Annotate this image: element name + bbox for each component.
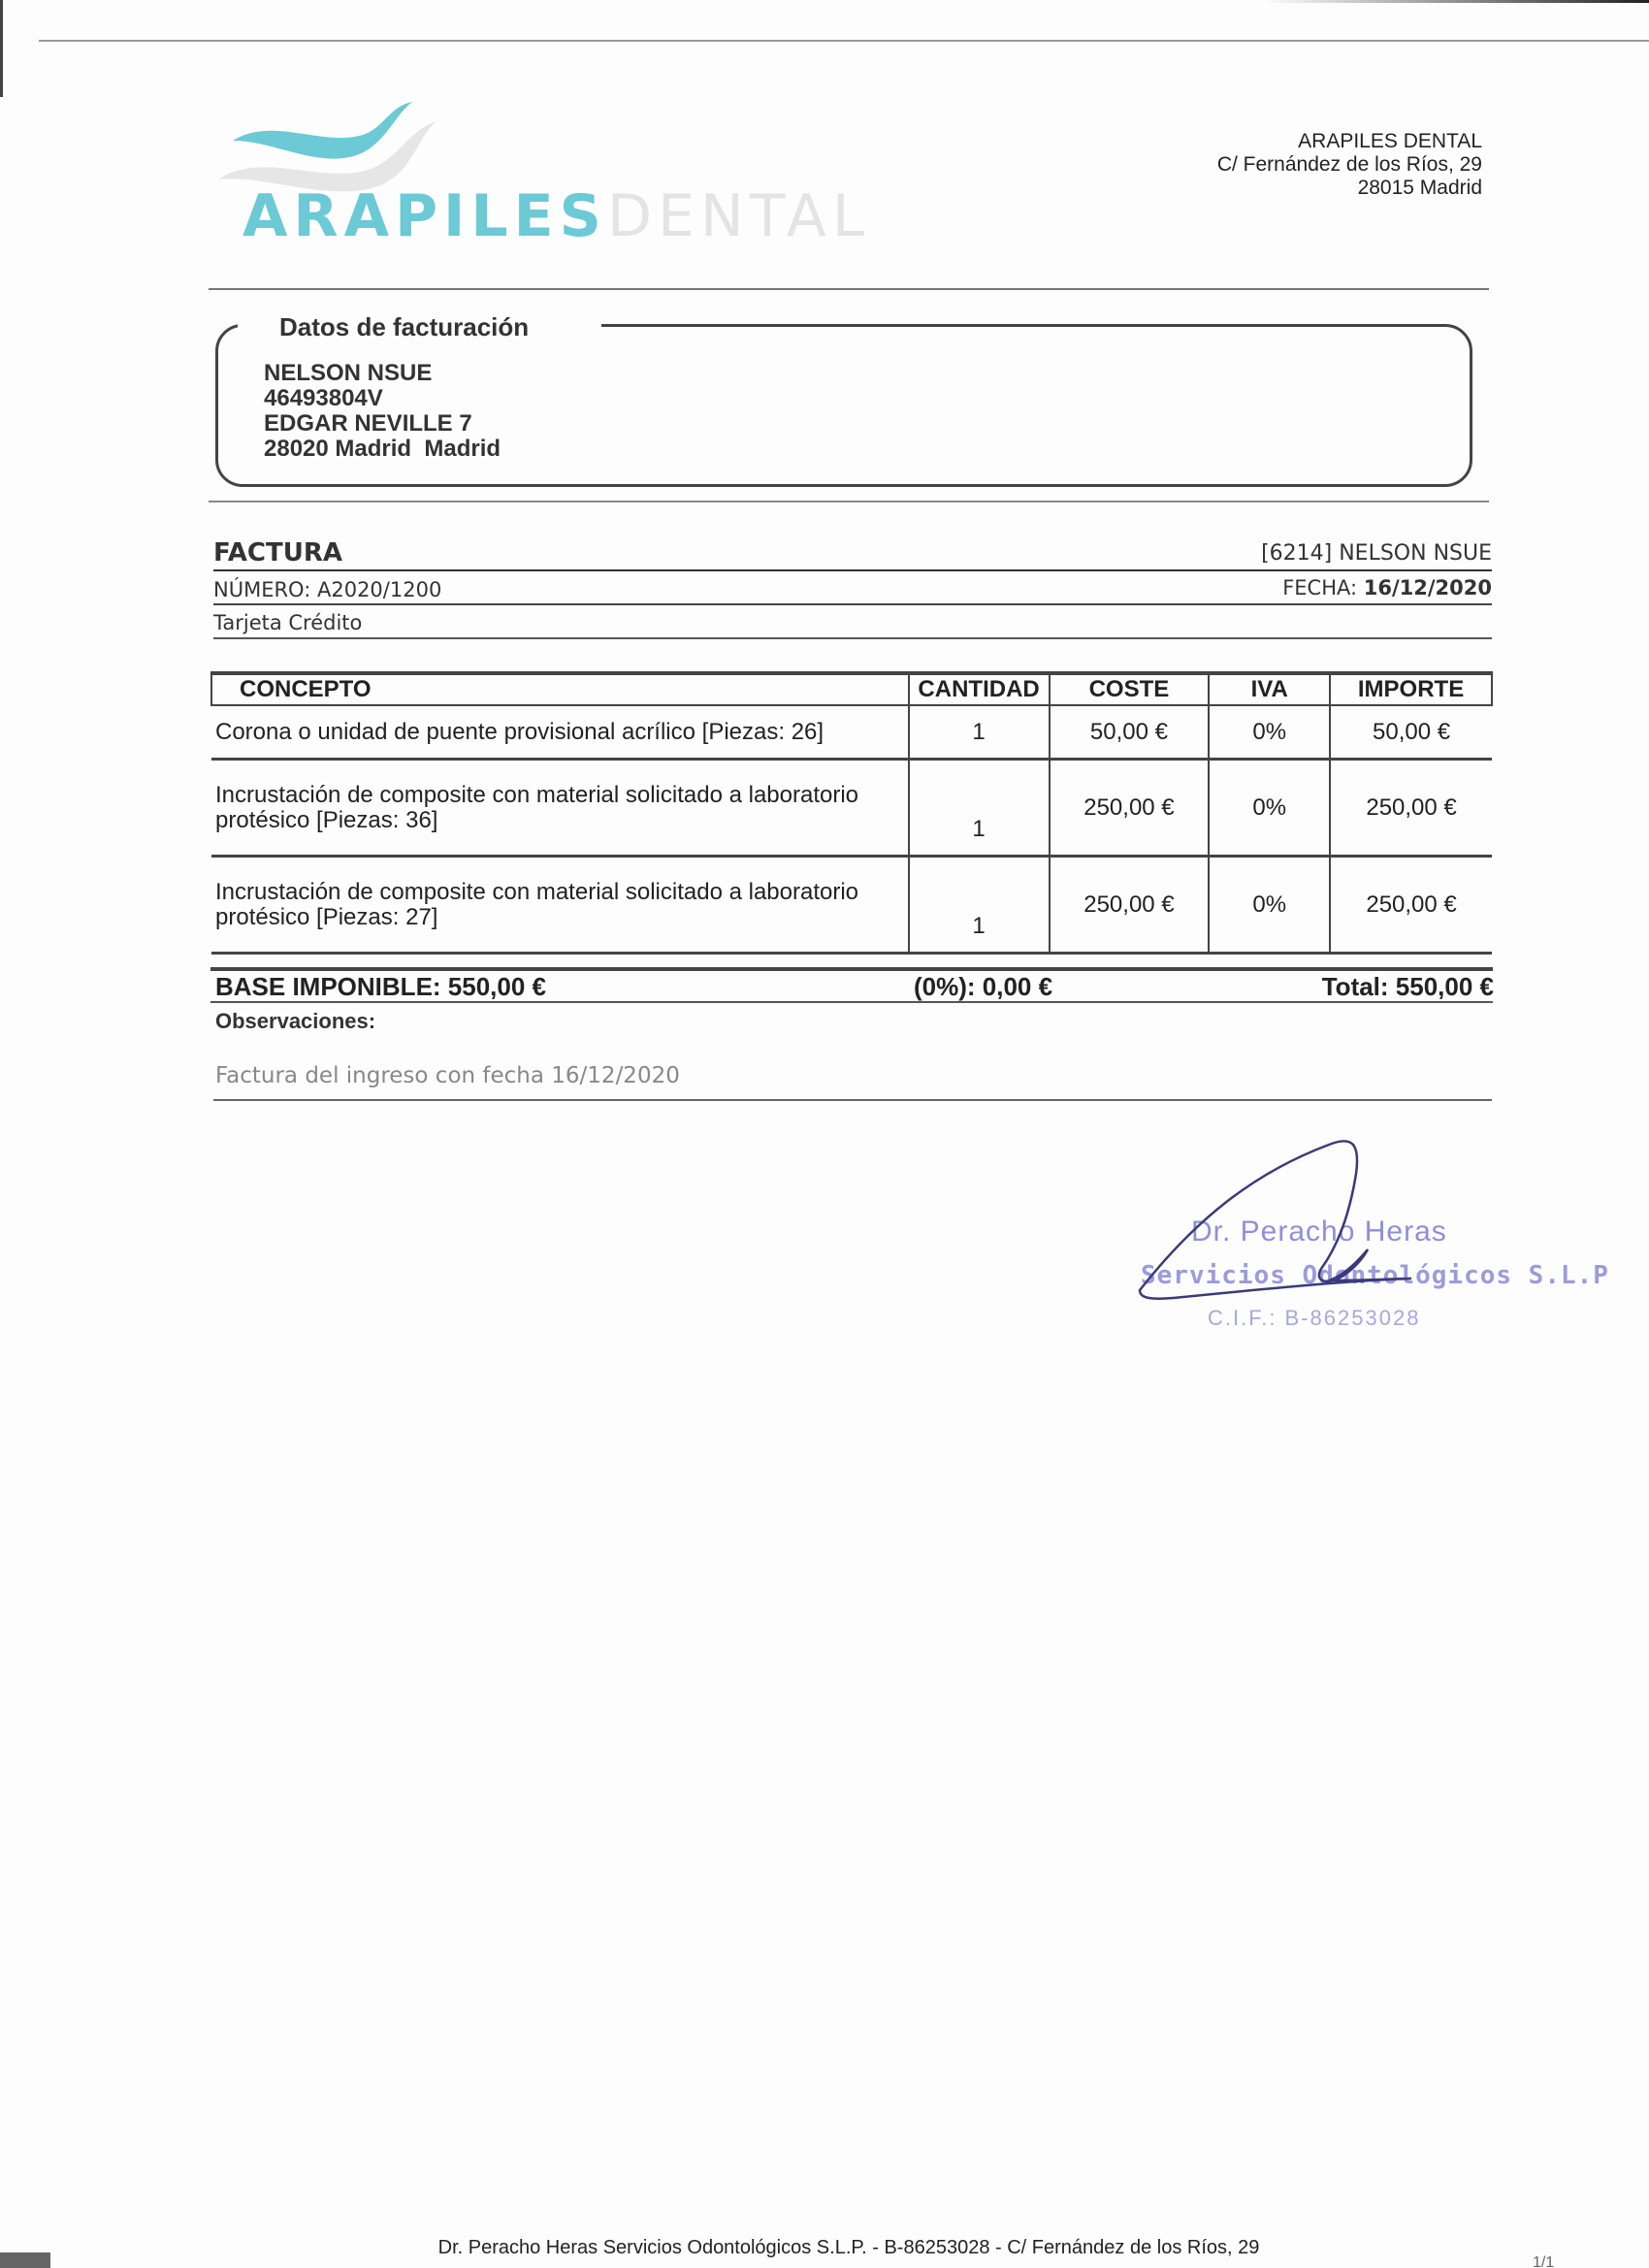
invoice-date: FECHA: 16/12/2020	[1282, 576, 1492, 599]
company-street: C/ Fernández de los Ríos, 29	[1217, 153, 1482, 177]
divider	[213, 603, 1492, 605]
invoice-number-label: NÚMERO:	[213, 578, 310, 601]
col-header-amount: IMPORTE	[1330, 673, 1492, 705]
cell-quantity: 1	[909, 857, 1050, 954]
billing-title: Datos de facturación	[279, 312, 529, 342]
divider	[213, 637, 1492, 639]
billing-tax-id: 46493804V	[264, 386, 501, 411]
billing-address: EDGAR NEVILLE 7	[264, 411, 501, 437]
cell-amount: 250,00 €	[1330, 857, 1492, 954]
company-city: 28015 Madrid	[1217, 177, 1482, 200]
cell-vat: 0%	[1209, 705, 1330, 760]
cell-vat: 0%	[1209, 760, 1330, 857]
line-items-table: CONCEPTO CANTIDAD COSTE IVA IMPORTE Coro…	[210, 671, 1493, 955]
page-number: 1/1	[1533, 2254, 1554, 2268]
company-address: ARAPILES DENTAL C/ Fernández de los Ríos…	[1217, 130, 1482, 200]
vat-total: (0%): 0,00 €	[914, 972, 1052, 1002]
invoice-number: NÚMERO: A2020/1200	[213, 578, 441, 601]
cell-cost: 250,00 €	[1050, 760, 1210, 857]
logo-text-secondary: DENTAL	[607, 182, 870, 250]
taxable-base: BASE IMPONIBLE: 550,00 €	[215, 972, 546, 1002]
totals-summary: BASE IMPONIBLE: 550,00 € (0%): 0,00 € To…	[215, 970, 1494, 1001]
logo-text-primary: ARAPILES	[242, 182, 607, 250]
col-header-cost: COSTE	[1050, 673, 1210, 705]
billing-name: NELSON NSUE	[264, 361, 501, 386]
invoice-title: FACTURA	[213, 538, 342, 567]
summary-bottom-rule	[210, 1001, 1493, 1003]
invoice-date-value: 16/12/2020	[1364, 576, 1492, 599]
cell-concept: Incrustación de composite con material s…	[211, 857, 909, 954]
observations-label: Observaciones:	[215, 1009, 375, 1034]
payment-method: Tarjeta Crédito	[213, 611, 362, 634]
table-row: Incrustación de composite con material s…	[211, 760, 1492, 857]
invoice-date-label: FECHA:	[1282, 576, 1357, 599]
table-header-row: CONCEPTO CANTIDAD COSTE IVA IMPORTE	[211, 673, 1492, 705]
observations-text: Factura del ingreso con fecha 16/12/2020	[215, 1063, 680, 1088]
invoice-number-value: A2020/1200	[317, 578, 441, 601]
table-row: Corona o unidad de puente provisional ac…	[211, 705, 1492, 760]
cell-cost: 50,00 €	[1050, 705, 1210, 760]
logo-wordmark: ARAPILESDENTAL	[242, 182, 870, 250]
company-name: ARAPILES DENTAL	[1217, 130, 1482, 153]
table-row: Incrustación de composite con material s…	[211, 857, 1492, 954]
page-footer: Dr. Peracho Heras Servicios Odontológico…	[0, 2237, 1649, 2259]
signature-icon	[1135, 1125, 1503, 1339]
billing-details: NELSON NSUE 46493804V EDGAR NEVILLE 7 28…	[264, 361, 501, 462]
client-reference: [6214] NELSON NSUE	[1261, 541, 1492, 566]
divider	[209, 501, 1489, 502]
grand-total: Total: 550,00 €	[1322, 972, 1494, 1002]
cell-quantity: 1	[909, 705, 1050, 760]
divider	[209, 288, 1489, 290]
cell-cost: 250,00 €	[1050, 857, 1210, 954]
col-header-vat: IVA	[1209, 673, 1330, 705]
cell-vat: 0%	[1209, 857, 1330, 954]
page-top-rule	[39, 40, 1649, 42]
col-header-concept: CONCEPTO	[211, 673, 909, 705]
cell-amount: 50,00 €	[1330, 705, 1492, 760]
scan-edge	[0, 0, 3, 97]
scan-edge-top	[1261, 0, 1649, 3]
divider	[213, 569, 1492, 571]
cell-quantity: 1	[909, 760, 1050, 857]
cell-amount: 250,00 €	[1330, 760, 1492, 857]
cell-concept: Incrustación de composite con material s…	[211, 760, 909, 857]
col-header-quantity: CANTIDAD	[909, 673, 1050, 705]
scan-edge-bottom	[0, 2252, 50, 2268]
divider	[213, 1099, 1492, 1101]
billing-city: 28020 Madrid Madrid	[264, 437, 501, 462]
cell-concept: Corona o unidad de puente provisional ac…	[211, 705, 909, 760]
